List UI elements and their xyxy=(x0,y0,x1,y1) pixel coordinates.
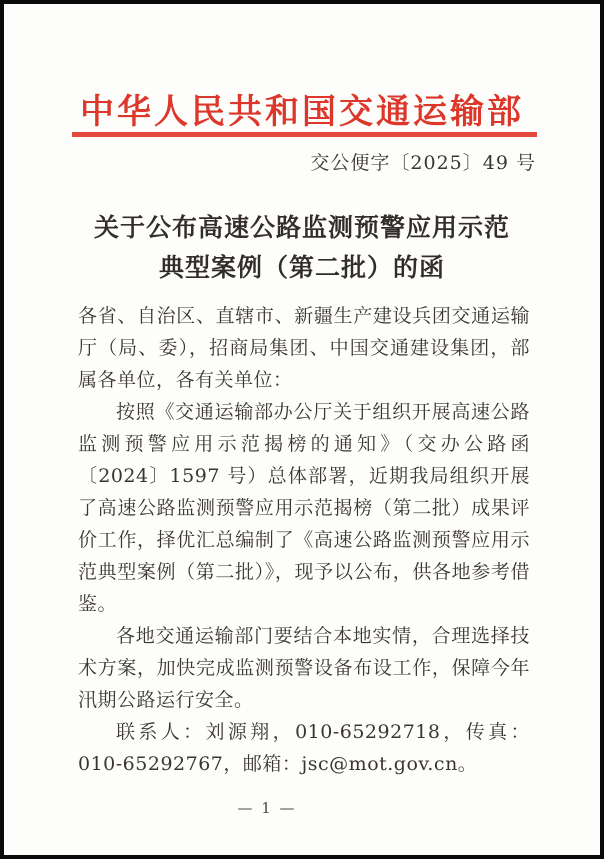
body-paragraph: 按照《交通运输部办公厅关于组织开展高速公路监测预警应用示范揭榜的通知》（交办公路… xyxy=(78,396,530,620)
salutation-paragraph: 各省、自治区、直辖市、新疆生产建设兵团交通运输厅（局、委），招商局集团、中国交通… xyxy=(78,300,530,396)
document-body: 各省、自治区、直辖市、新疆生产建设兵团交通运输厅（局、委），招商局集团、中国交通… xyxy=(78,300,530,780)
document-title-line1: 关于公布高速公路监测预警应用示范 xyxy=(4,208,600,248)
document-sheet: 中华人民共和国交通运输部 交公便字〔2025〕49 号 关于公布高速公路监测预警… xyxy=(4,4,600,855)
document-title-line2: 典型案例（第二批）的函 xyxy=(4,248,600,288)
letterhead-org-name: 中华人民共和国交通运输部 xyxy=(4,84,600,133)
page-number: — 1 — xyxy=(4,799,530,817)
document-page: 中华人民共和国交通运输部 交公便字〔2025〕49 号 关于公布高速公路监测预警… xyxy=(0,0,604,859)
body-paragraph: 各地交通运输部门要结合本地实情，合理选择技术方案，加快完成监测预警设备布设工作，… xyxy=(78,620,530,716)
contact-paragraph: 联系人：刘源翔，010-65292718，传真：010-65292767，邮箱：… xyxy=(78,716,530,780)
letterhead-divider-line xyxy=(72,132,537,137)
document-title: 关于公布高速公路监测预警应用示范 典型案例（第二批）的函 xyxy=(4,208,600,288)
doc-number: 交公便字〔2025〕49 号 xyxy=(310,148,536,175)
